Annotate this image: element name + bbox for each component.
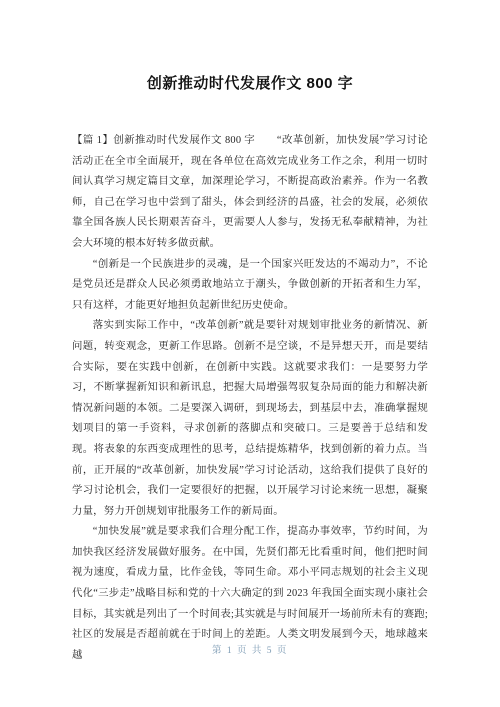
paragraph-2: “创新是一个民族进步的灵魂，是一个国家兴旺发达的不竭动力”，不论是党员还是群众人…	[72, 255, 428, 317]
paragraph-3: 落实到实际工作中，“改革创新”就是要针对规划审批业务的新情况、新问题，转变观念，…	[72, 316, 428, 522]
paragraph-1: 【篇 1】创新推动时代发展作文 800 字 “改革创新，加快发展”学习讨论活动正…	[72, 131, 428, 255]
document-page: 创新推动时代发展作文 800 字 【篇 1】创新推动时代发展作文 800 字 “…	[0, 0, 500, 707]
document-body: 【篇 1】创新推动时代发展作文 800 字 “改革创新，加快发展”学习讨论活动正…	[72, 131, 428, 666]
page-number-indicator: 第 1 页 共 5 页	[212, 646, 288, 656]
page-footer: 第 1 页 共 5 页	[0, 642, 500, 656]
page-title: 创新推动时代发展作文 800 字	[72, 72, 428, 93]
